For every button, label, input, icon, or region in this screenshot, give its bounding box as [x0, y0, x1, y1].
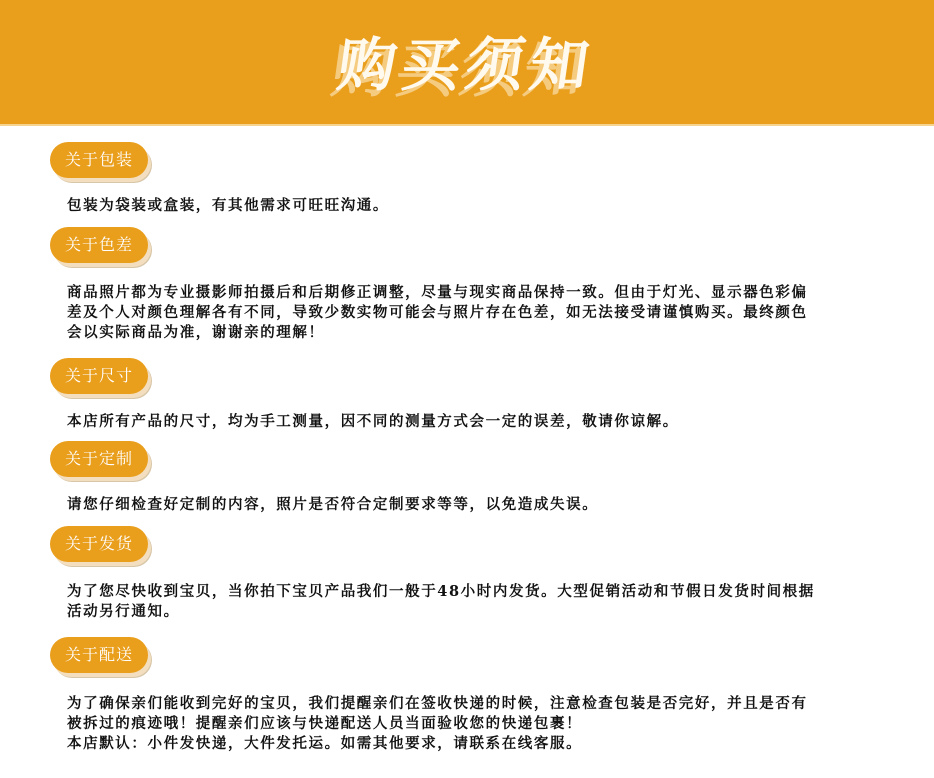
text-line: 商品照片都为专业摄影师拍摄后和后期修正调整，尽量与现实商品保持一致。但由于灯光、…	[67, 283, 897, 303]
text-line: 本店所有产品的尺寸，均为手工测量，因不同的测量方式会一定的误差，敬请你谅解。	[67, 412, 897, 432]
section-text-customization: 请您仔细检查好定制的内容，照片是否符合定制要求等等，以免造成失误。	[67, 495, 897, 515]
text-line: 请您仔细检查好定制的内容，照片是否符合定制要求等等，以免造成失误。	[67, 495, 897, 515]
section-text-size: 本店所有产品的尺寸，均为手工测量，因不同的测量方式会一定的误差，敬请你谅解。	[67, 412, 897, 432]
text-line: 差及个人对颜色理解各有不同，导致少数实物可能会与照片存在色差，如无法接受请谨慎购…	[67, 303, 897, 323]
text-line: 为了您尽快收到宝贝，当你拍下宝贝产品我们一般于48小时内发货。大型促销活动和节假…	[67, 582, 897, 602]
section-label-customization: 关于定制	[50, 441, 148, 477]
text-line: 为了确保亲们能收到完好的宝贝，我们提醒亲们在签收快递的时候，注意检查包装是否完好…	[67, 694, 897, 714]
section-text-color-difference: 商品照片都为专业摄影师拍摄后和后期修正调整，尽量与现实商品保持一致。但由于灯光、…	[67, 283, 897, 343]
text-line: 活动另行通知。	[67, 602, 897, 622]
section-label-color-difference: 关于色差	[50, 227, 148, 263]
section-text-shipping: 为了您尽快收到宝贝，当你拍下宝贝产品我们一般于48小时内发货。大型促销活动和节假…	[67, 582, 897, 622]
section-text-delivery: 为了确保亲们能收到完好的宝贝，我们提醒亲们在签收快递的时候，注意检查包装是否完好…	[67, 694, 897, 754]
text-line: 本店默认：小件发快递，大件发托运。如需其他要求，请联系在线客服。	[67, 734, 897, 754]
section-label-shipping: 关于发货	[50, 526, 148, 562]
section-label-packaging: 关于包装	[50, 142, 148, 178]
page-title: 购买须知	[333, 18, 601, 102]
text-line: 被拆过的痕迹哦！提醒亲们应该与快递配送人员当面验收您的快递包裹！	[67, 714, 897, 734]
text-line: 包装为袋装或盒装，有其他需求可旺旺沟通。	[67, 196, 897, 216]
text-line: 会以实际商品为准，谢谢亲的理解！	[67, 323, 897, 343]
section-text-packaging: 包装为袋装或盒装，有其他需求可旺旺沟通。	[67, 196, 897, 216]
section-label-delivery: 关于配送	[50, 637, 148, 673]
section-label-size: 关于尺寸	[50, 358, 148, 394]
title-wrap: 购买须知	[339, 18, 595, 102]
header-banner: 购买须知	[0, 0, 934, 126]
